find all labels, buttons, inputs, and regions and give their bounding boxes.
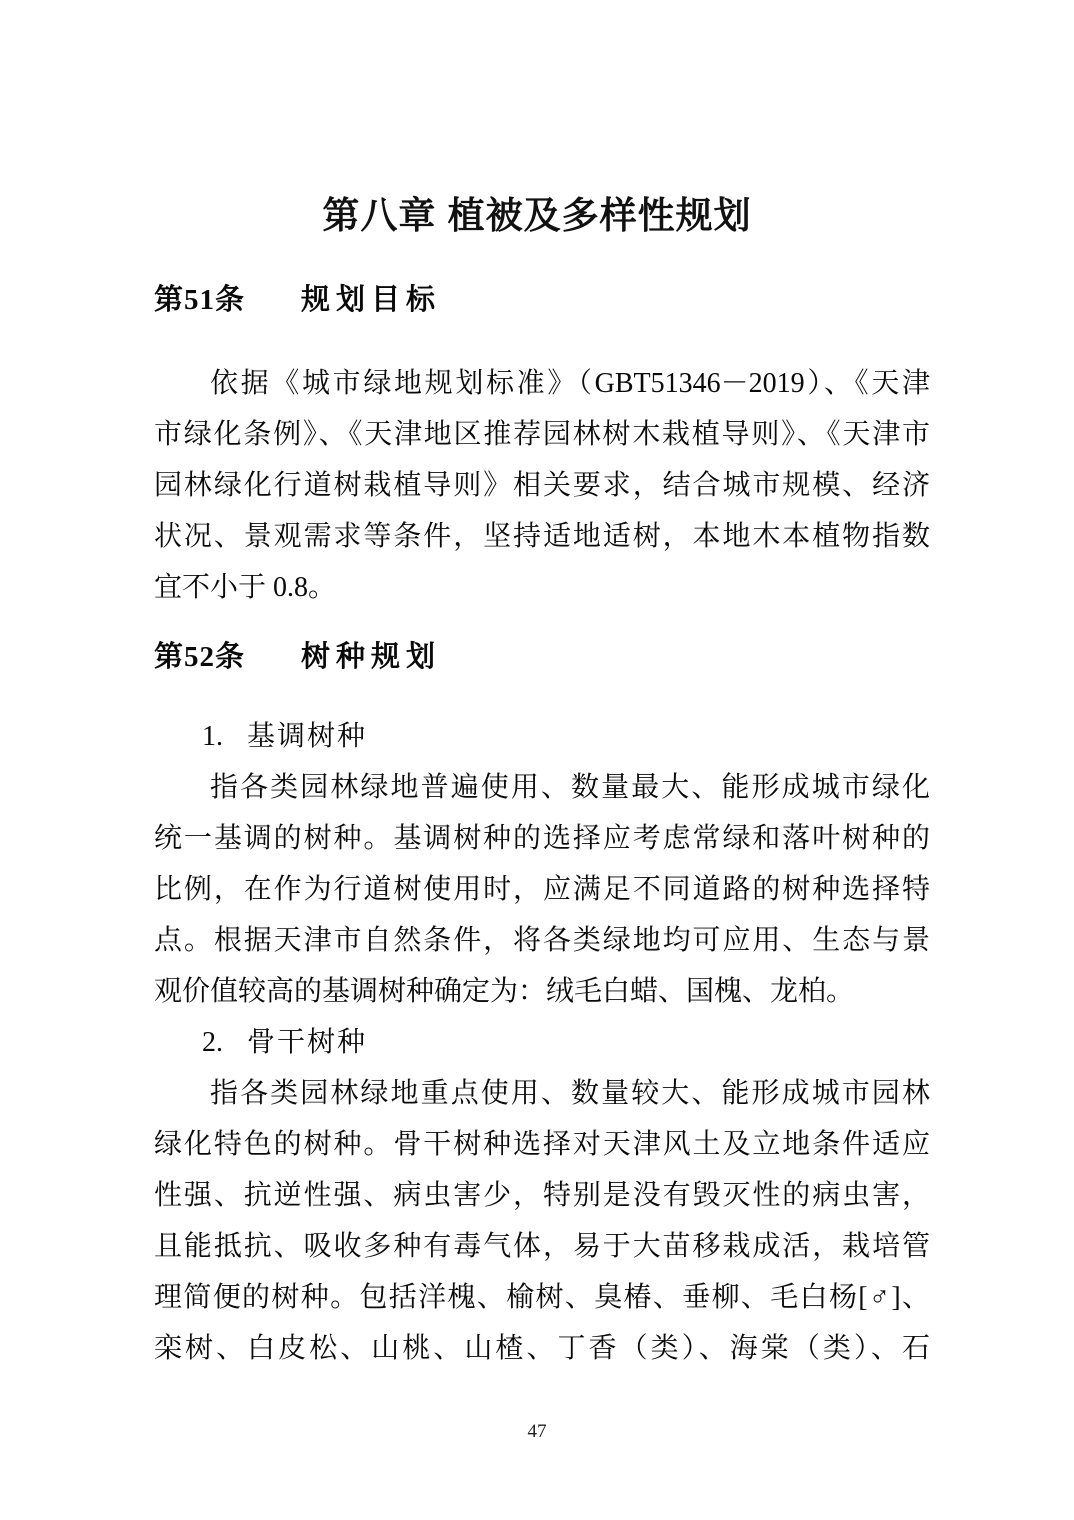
item-marker: 2. xyxy=(202,1027,223,1058)
text-line: 比例，在作为行道树使用时，应满足不同道路的树种选择特 xyxy=(154,864,930,915)
item-title: 骨干树种 xyxy=(247,1027,367,1058)
text-line: 绿化特色的树种。骨干树种选择对天津风土及立地条件适应 xyxy=(154,1119,930,1170)
text-line: 性强、抗逆性强、病虫害少，特别是没有毁灭性的病虫害， xyxy=(154,1170,930,1221)
text-line: 指各类园林绿地普遍使用、数量最大、能形成城市绿化 xyxy=(154,762,930,813)
article-heading-51: 第51条规划目标 xyxy=(154,285,1074,316)
item-title: 基调树种 xyxy=(247,721,367,752)
text-line: 园林绿化行道树栽植导则》相关要求，结合城市规模、经济 xyxy=(154,460,930,511)
text-line: 指各类园林绿地重点使用、数量较大、能形成城市园林 xyxy=(154,1068,930,1119)
article-title: 规划目标 xyxy=(301,284,441,316)
text-line: 理简便的树种。包括洋槐、榆树、臭椿、垂柳、毛白杨[♂]、 xyxy=(154,1272,930,1323)
text-line: 栾树、白皮松、山桃、山楂、丁香（类）、海棠（类）、石 xyxy=(154,1323,930,1374)
text-line: 依据《城市绿地规划标准》（GBT51346－2019）、《天津 xyxy=(154,358,930,409)
list-item-heading-2: 2.骨干树种 xyxy=(154,1017,930,1068)
item-marker: 1. xyxy=(202,721,223,752)
article-number: 第52条 xyxy=(154,641,245,673)
article-number: 第51条 xyxy=(154,284,245,316)
text-line: 宜不小于 0.8。 xyxy=(154,562,930,613)
paragraph-51: 依据《城市绿地规划标准》（GBT51346－2019）、《天津 市绿化条例》、《… xyxy=(154,358,930,613)
article-heading-52: 第52条树种规划 xyxy=(154,642,1074,673)
document-page: 第八章 植被及多样性规划 第51条规划目标 依据《城市绿地规划标准》（GBT51… xyxy=(0,0,1074,1520)
list-item-heading-1: 1.基调树种 xyxy=(154,711,930,762)
text-line: 状况、景观需求等条件，坚持适地适树，本地木本植物指数 xyxy=(154,511,930,562)
paragraph-52-1: 指各类园林绿地普遍使用、数量最大、能形成城市绿化 统一基调的树种。基调树种的选择… xyxy=(154,762,930,1017)
text-line: 统一基调的树种。基调树种的选择应考虑常绿和落叶树种的 xyxy=(154,813,930,864)
page-number: 47 xyxy=(0,1420,1074,1444)
text-line: 观价值较高的基调树种确定为：绒毛白蜡、国槐、龙柏。 xyxy=(154,966,930,1017)
article-title: 树种规划 xyxy=(301,641,441,673)
text-line: 市绿化条例》、《天津地区推荐园林树木栽植导则》、《天津市 xyxy=(154,409,930,460)
text-line: 点。根据天津市自然条件，将各类绿地均可应用、生态与景 xyxy=(154,915,930,966)
chapter-title: 第八章 植被及多样性规划 xyxy=(0,195,1074,237)
article-52-body: 1.基调树种 指各类园林绿地普遍使用、数量最大、能形成城市绿化 统一基调的树种。… xyxy=(154,711,930,1374)
text-line: 且能抵抗、吸收多种有毒气体，易于大苗移栽成活，栽培管 xyxy=(154,1221,930,1272)
paragraph-52-2: 指各类园林绿地重点使用、数量较大、能形成城市园林 绿化特色的树种。骨干树种选择对… xyxy=(154,1068,930,1374)
